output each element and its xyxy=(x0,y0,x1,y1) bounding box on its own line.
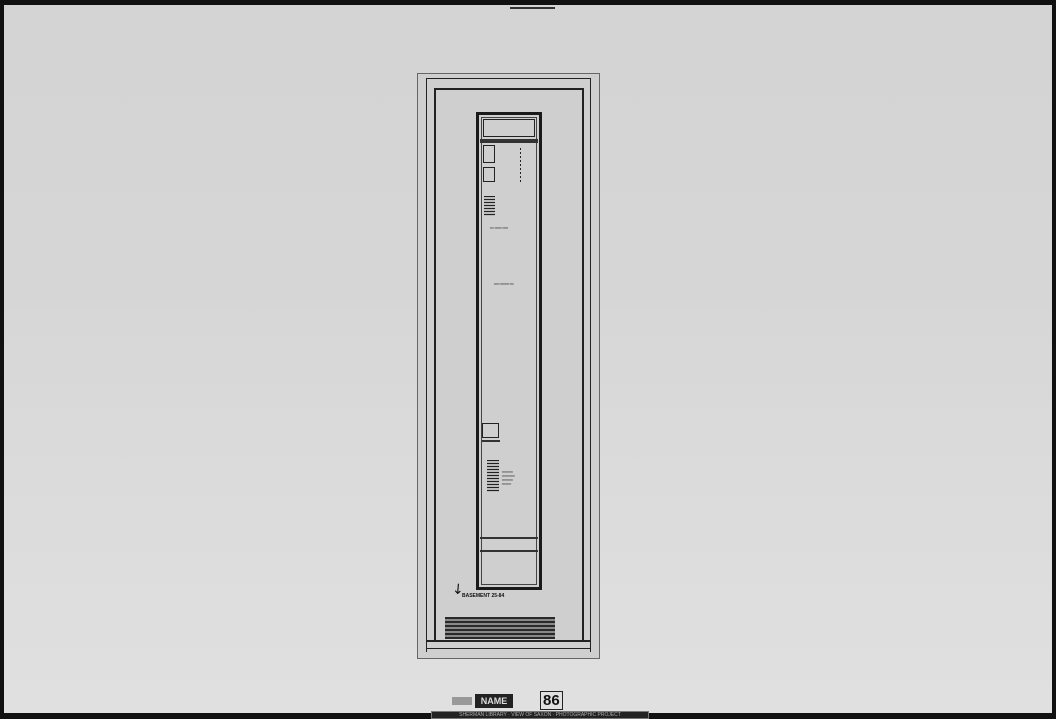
lower-room xyxy=(482,423,499,438)
partition-wall xyxy=(480,139,538,143)
caption-bar: SHERMAN LIBRARY · VIEW OF SAXON · PHOTOG… xyxy=(431,711,649,719)
partition-wall xyxy=(480,550,538,552)
frame-line xyxy=(582,88,584,640)
frame-line xyxy=(434,88,436,640)
stairs-bottom xyxy=(487,460,499,492)
drawing-title: BASEMENT 25-84 xyxy=(462,593,504,599)
dashed-line xyxy=(520,148,521,184)
partition-wall xyxy=(482,440,500,442)
film-edge-mark xyxy=(510,7,555,9)
partition-wall xyxy=(480,537,538,539)
film-smudge xyxy=(452,697,472,705)
frame-line xyxy=(434,88,584,90)
room-label: ━━━ ━━━━━ ━━ xyxy=(494,282,514,286)
building-inner-wall xyxy=(481,117,537,585)
utility-room xyxy=(483,145,495,163)
frame-number: 86 xyxy=(540,691,563,710)
reel-label: NAME xyxy=(475,694,513,708)
frame-line xyxy=(590,78,591,652)
frame-line xyxy=(426,78,591,79)
frame-line xyxy=(426,640,591,642)
title-block xyxy=(445,617,555,639)
stairs-note: ━━━━━━━━━━━━━━━━━━━━━━━━ xyxy=(502,470,515,486)
storage-room xyxy=(483,167,495,182)
frame-line xyxy=(426,648,591,649)
room-label: ━━ ━━━━ ━━━ xyxy=(490,226,508,230)
front-room xyxy=(483,119,535,137)
stairs-top xyxy=(484,196,495,216)
frame-line xyxy=(426,78,427,652)
